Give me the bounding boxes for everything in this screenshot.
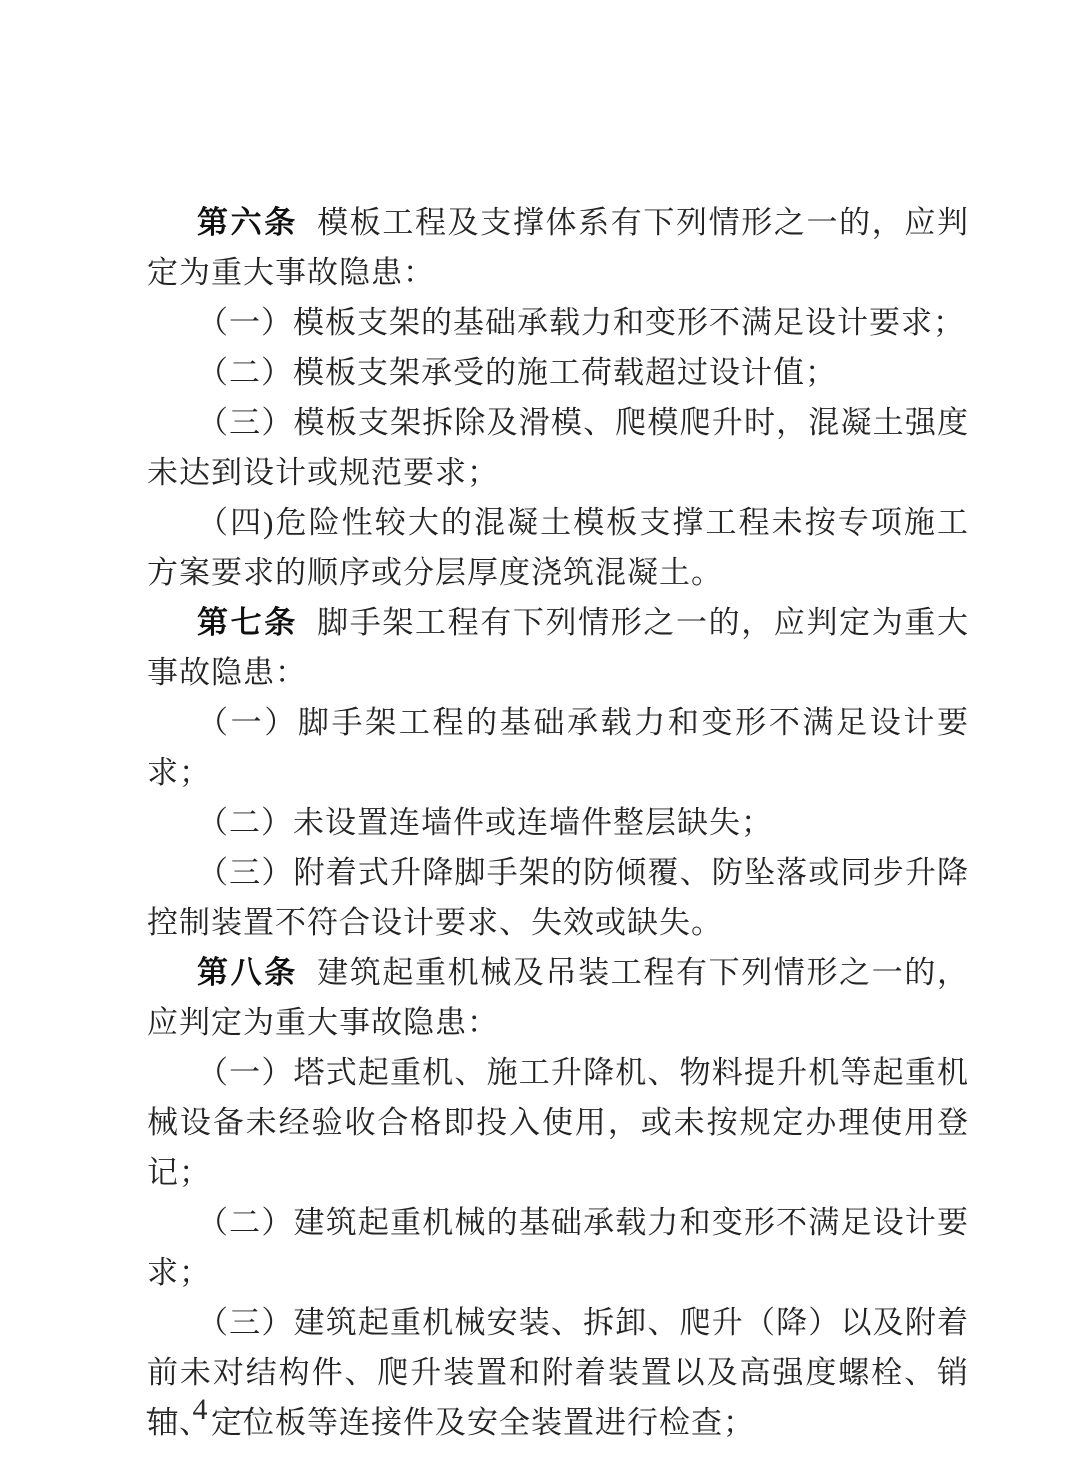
document-body: 第六条模板工程及支撑体系有下列情形之一的，应判定为重大事故隐患： （一）模板支架… bbox=[147, 198, 969, 1448]
article-intro-paragraph: 第八条建筑起重机械及吊装工程有下列情形之一的，应判定为重大事故隐患： bbox=[147, 948, 969, 1048]
document-page: 第六条模板工程及支撑体系有下列情形之一的，应判定为重大事故隐患： （一）模板支架… bbox=[0, 0, 1080, 1460]
article-7: 第七条脚手架工程有下列情形之一的，应判定为重大事故隐患： （一）脚手架工程的基础… bbox=[147, 598, 969, 948]
article-7-item-1: （一）脚手架工程的基础承载力和变形不满足设计要求； bbox=[147, 698, 969, 798]
article-8-heading: 第八条 bbox=[197, 955, 298, 990]
article-7-heading: 第七条 bbox=[197, 605, 298, 640]
article-intro-paragraph: 第六条模板工程及支撑体系有下列情形之一的，应判定为重大事故隐患： bbox=[147, 198, 969, 298]
article-8-item-1: （一）塔式起重机、施工升降机、物料提升机等起重机械设备未经验收合格即投入使用，或… bbox=[147, 1048, 969, 1198]
article-6-item-1: （一）模板支架的基础承载力和变形不满足设计要求； bbox=[147, 298, 969, 348]
article-6-item-4: （四)危险性较大的混凝土模板支撑工程未按专项施工方案要求的顺序或分层厚度浇筑混凝… bbox=[147, 498, 969, 598]
article-6-heading: 第六条 bbox=[197, 205, 298, 240]
article-intro-paragraph: 第七条脚手架工程有下列情形之一的，应判定为重大事故隐患： bbox=[147, 598, 969, 698]
article-7-item-2: （二）未设置连墙件或连墙件整层缺失； bbox=[147, 798, 969, 848]
page-number: — 4 — bbox=[147, 1392, 257, 1428]
article-6-item-2: （二）模板支架承受的施工荷载超过设计值； bbox=[147, 348, 969, 398]
article-7-item-3: （三）附着式升降脚手架的防倾覆、防坠落或同步升降控制装置不符合设计要求、失效或缺… bbox=[147, 848, 969, 948]
article-6: 第六条模板工程及支撑体系有下列情形之一的，应判定为重大事故隐患： （一）模板支架… bbox=[147, 198, 969, 598]
article-6-item-3: （三）模板支架拆除及滑模、爬模爬升时，混凝土强度未达到设计或规范要求； bbox=[147, 398, 969, 498]
article-8-item-3: （三）建筑起重机械安装、拆卸、爬升（降）以及附着前未对结构件、爬升装置和附着装置… bbox=[147, 1298, 969, 1448]
article-8-item-2: （二）建筑起重机械的基础承载力和变形不满足设计要求； bbox=[147, 1198, 969, 1298]
article-8: 第八条建筑起重机械及吊装工程有下列情形之一的，应判定为重大事故隐患： （一）塔式… bbox=[147, 948, 969, 1448]
